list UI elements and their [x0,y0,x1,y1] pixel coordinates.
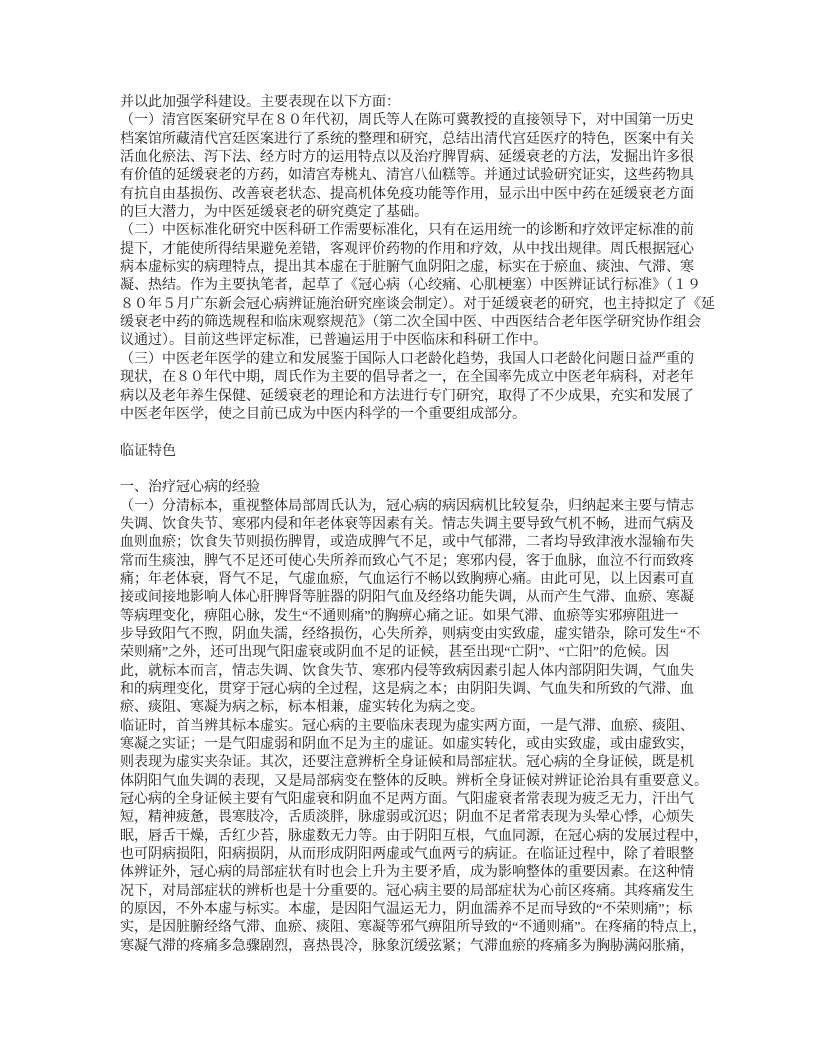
text-line: 则表现为虚实夹杂证。其次，还要注意辨析全身证候和局部症状。冠心病的全身证候，既是… [120,754,698,772]
text-line: （三）中医老年医学的建立和发展鉴于国际人口老龄化趋势，我国人口老龄化问题日益严重… [120,351,698,369]
text-line: 凝、热结。作为主要执笔者，起草了《冠心病（心绞痛、心肌梗塞）中医辨证试行标准》（… [120,277,698,295]
text-line: 档案馆所藏清代宫廷医案进行了系统的整理和研究，总结出清代宫廷医疗的特色，医案中有… [120,131,698,149]
text-line: 况下，对局部症状的辨析也是十分重要的。冠心病主要的局部症状为心前区疼痛。其疼痛发… [120,883,698,901]
text-line: 痛；年老体衰，肾气不足，气虚血瘀，气血运行不畅以致胸痹心痛。由此可见，以上因素可… [120,571,698,589]
text-line: 常而生痰浊，脾气不足还可使心失所养而致心气不足；寒邪内侵，客于血脉，血泣不行而致… [120,553,698,571]
text-line: 提下，才能使所得结果避免差错，客观评价药物的作用和疗效，从中找出规律。周氏根据冠… [120,241,698,259]
section-title-linzheng-tese: 临证特色 [120,443,698,461]
text-line: 有抗自由基损伤、改善衰老状态、提高机体免疫功能等作用，显示出中医中药在延缓衰老方… [120,186,698,204]
document-page: 并以此加强学科建设。主要表现在以下方面：（一）清宫医案研究早在８０年代初，周氏等… [0,0,816,1056]
coronary-disease-experience-section: 一、治疗冠心病的经验（一）分清标本，重视整体局部周氏认为，冠心病的病因病机比较复… [120,479,698,956]
text-line: （一）分清标本，重视整体局部周氏认为，冠心病的病因病机比较复杂，归纳起来主要与情… [120,498,698,516]
text-line: 有价值的延缓衰老的方药，如清宫寿桃丸、清宫八仙糕等。并通过试验研究证实，这些药物… [120,167,698,185]
academic-achievements-paragraph: 并以此加强学科建设。主要表现在以下方面：（一）清宫医案研究早在８０年代初，周氏等… [120,94,698,424]
text-line: 眠，唇舌干燥，舌红少苔，脉虚数无力等。由于阴阳互根，气血同源，在冠心病的发展过程… [120,828,698,846]
text-line: 病以及老年养生保健、延缓衰老的理论和方法进行专门研究，取得了不少成果，充实和发展… [120,388,698,406]
text-line: 中医老年医学，使之目前已成为中医内科学的一个重要组成部分。 [120,406,698,424]
text-line: 议通过）。目前这些评定标准，已普遍运用于中医临床和科研工作中。 [120,332,698,350]
spacer-1 [120,424,698,442]
text-line: 也可阴病损阳，阳病损阴，从而形成阴阳两虚或气血两亏的病证。在临证过程中，除了着眼… [120,846,698,864]
text-line: 短，精神疲惫，畏寒肢冷，舌质淡胖，脉虚弱或沉迟；阴血不足者常表现为头晕心悸，心烦… [120,809,698,827]
text-line: 接或间接地影响人体心肝脾肾等脏器的阴阳气血及经络功能失调，从而产生气滞、血瘀、寒… [120,589,698,607]
text-line: 此，就标本而言，情志失调、饮食失节、寒邪内侵等致病因素引起人体内部阴阳失调，气血… [120,663,698,681]
text-line: 血则血瘀；饮食失节则损伤脾胃，或造成脾气不足，或中气郁滞，二者均导致津液水湿输布… [120,534,698,552]
text-line: 步导致阳气不煦，阴血失濡，经络损伤，心失所养，则病变由实致虚，虚实错杂，除可发生… [120,626,698,644]
text-line: 的巨大潜力，为中医延缓衰老的研究奠定了基础。 [120,204,698,222]
spacer-2 [120,461,698,479]
text-line [120,461,698,479]
text-line: 体阴阳气血失调的表现，又是局部病变在整体的反映。辨析全身证候对辨证论治具有重要意… [120,773,698,791]
text-line: 寒凝气滞的疼痛多急骤剧烈，喜热畏冷，脉象沉缓弦紧；气滞血瘀的疼痛多为胸胁满闷胀痛… [120,938,698,956]
text-line: 寒凝之实证；一是气阳虚弱和阴血不足为主的虚证。如虚实转化，或由实致虚，或由虚致实… [120,736,698,754]
text-line: 一、治疗冠心病的经验 [120,479,698,497]
text-line: 的原因，不外本虚与标实。本虚，是因阳气温运无力，阴血濡养不足而导致的“不荣则痛”… [120,901,698,919]
text-line: 并以此加强学科建设。主要表现在以下方面： [120,94,698,112]
text-line: 体辨证外，冠心病的局部症状有时也会上升为主要矛盾，成为影响整体的重要因素。在这种… [120,864,698,882]
text-line: 实，是因脏腑经络气滞、血瘀、痰阻、寒凝等邪气痹阻所导致的“不通则痛”。在疼痛的特… [120,919,698,937]
text-line: 缓衰老中药的筛选规程和临床观察规范》（第二次全国中医、中西医结合老年医学研究协作… [120,314,698,332]
text-line: 冠心病的全身证候主要有气阳虚衰和阴血不足两方面。气阳虚衰者常表现为疲乏无力，汗出… [120,791,698,809]
text-line: （二）中医标准化研究中医科研工作需要标准化，只有在运用统一的诊断和疗效评定标准的… [120,222,698,240]
heading-line: 临证特色 [120,443,698,461]
text-line: 瘀、痰阻、寒凝为病之标，标本相兼，虚实转化为病之变。 [120,699,698,717]
text-line: 等病理变化，痹阻心脉，发生“不通则痛”的胸痹心痛之证。如果气滞、血瘀等实邪痹阻进… [120,608,698,626]
text-line: 和的病理变化，贯穿于冠心病的全过程，这是病之本；由阴阳失调、气血失和所致的气滞、… [120,681,698,699]
document-body: 并以此加强学科建设。主要表现在以下方面：（一）清宫医案研究早在８０年代初，周氏等… [120,94,698,956]
text-line: 活血化瘀法、泻下法、经方时方的运用特点以及治疗脾胃病、延缓衰老的方法，发掘出许多… [120,149,698,167]
text-line: （一）清宫医案研究早在８０年代初，周氏等人在陈可冀教授的直接领导下，对中国第一历… [120,112,698,130]
text-line [120,424,698,442]
text-line: 失调、饮食失节、寒邪内侵和年老体衰等因素有关。情志失调主要导致气机不畅，进而气病… [120,516,698,534]
text-line: 病本虚标实的病理特点，提出其本虚在于脏腑气血阴阳之虚，标实在于瘀血、痰浊、气滞、… [120,259,698,277]
text-line: 临证时，首当辨其标本虚实。冠心病的主要临床表现为虚实两方面，一是气滞、血瘀、痰阻… [120,718,698,736]
text-line: 荣则痛”之外，还可出现气阳虚衰或阴血不足的证候，甚至出现“亡阴”、“亡阳”的危候… [120,644,698,662]
text-line: ８０年５月广东新会冠心病辨证施治研究座谈会制定）。对于延缓衰老的研究，也主持拟定… [120,296,698,314]
text-line: 现状，在８０年代中期，周氏作为主要的倡导者之一，在全国率先成立中医老年病科，对老… [120,369,698,387]
